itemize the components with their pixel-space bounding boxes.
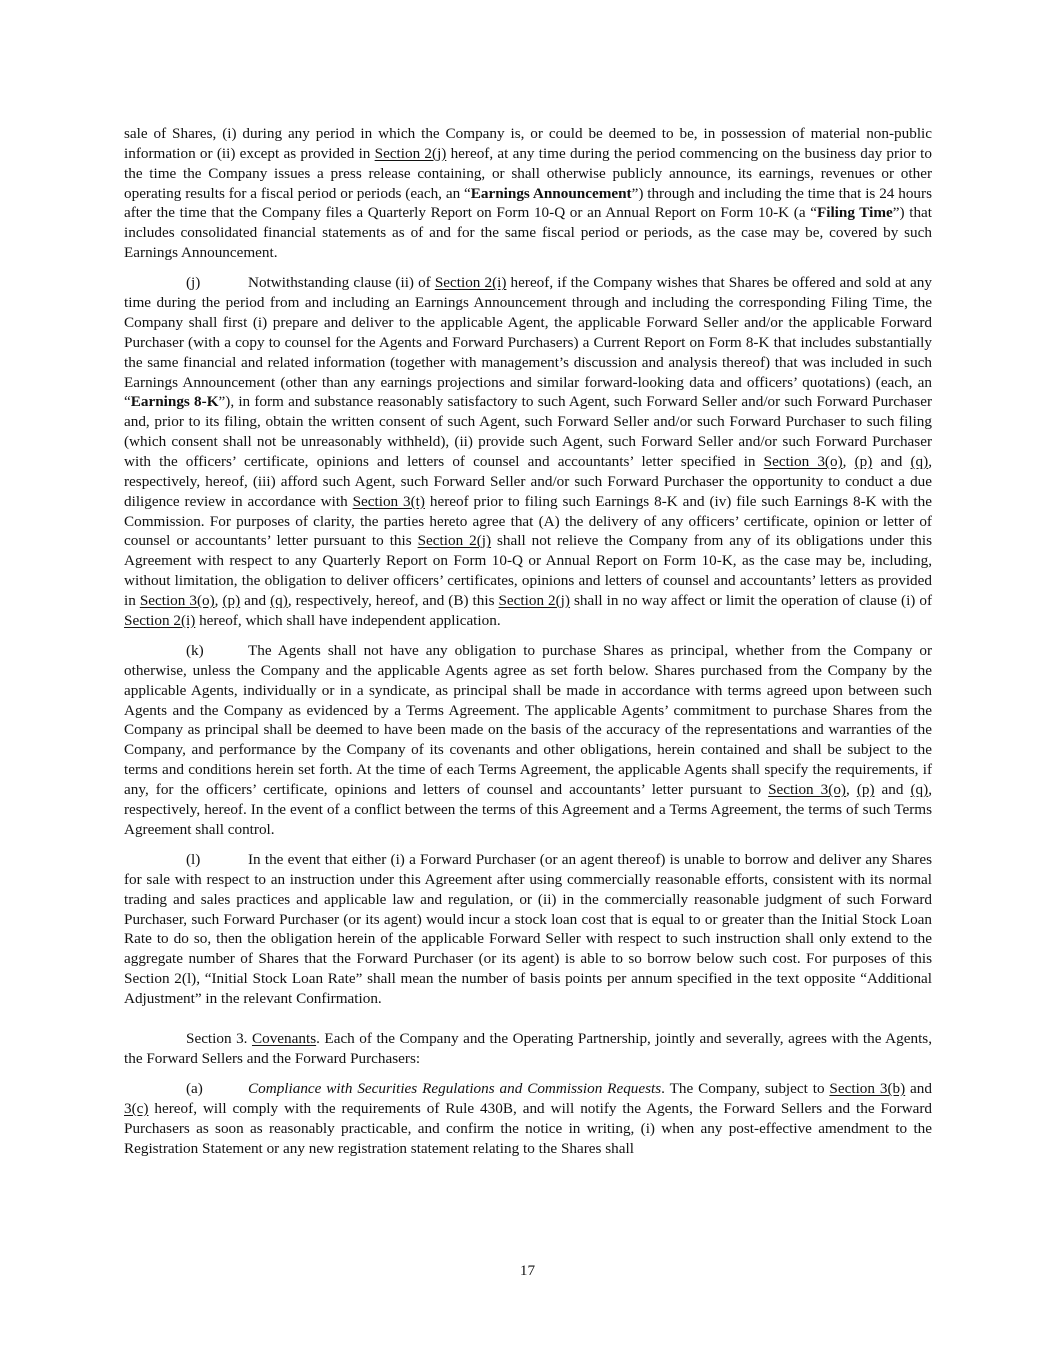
- cross-reference-link[interactable]: Section 2(i): [435, 274, 507, 291]
- cross-reference-link[interactable]: Section 2(j): [375, 145, 447, 162]
- cross-reference-link[interactable]: Section 3(b): [829, 1080, 905, 1097]
- cross-reference-link[interactable]: (q): [911, 453, 929, 470]
- paragraph-cont-2i: sale of Shares, (i) during any period in…: [124, 124, 932, 263]
- section-heading: Covenants: [252, 1030, 316, 1047]
- paragraph-section-3: Section 3. Covenants. Each of the Compan…: [124, 1029, 932, 1069]
- cross-reference-link[interactable]: (p): [222, 592, 240, 609]
- body-text: , respectively, hereof, and (B) this: [288, 592, 499, 609]
- paragraph-label: (j): [186, 273, 248, 293]
- defined-term: Earnings Announcement: [471, 185, 632, 202]
- paragraph-para-l: (l)In the event that either (i) a Forwar…: [124, 850, 932, 1009]
- paragraph-para-3a: (a)Compliance with Securities Regulation…: [124, 1079, 932, 1158]
- defined-term: Filing Time: [817, 204, 893, 221]
- body-text: shall in no way affect or limit the oper…: [570, 592, 932, 609]
- body-text: and: [875, 781, 911, 798]
- body-text: In the event that either (i) a Forward P…: [124, 851, 932, 1007]
- cross-reference-link[interactable]: Section 3(o): [764, 453, 843, 470]
- cross-reference-link[interactable]: Section 3(o): [768, 781, 846, 798]
- page-number: 17: [0, 1262, 1055, 1280]
- subsection-title: Compliance with Securities Regulations a…: [248, 1080, 661, 1097]
- body-text: and: [240, 592, 270, 609]
- body-text: hereof, if the Company wishes that Share…: [124, 274, 932, 410]
- cross-reference-link[interactable]: (p): [855, 453, 873, 470]
- body-text: . The Company, subject to: [661, 1080, 829, 1097]
- body-text: and: [872, 453, 910, 470]
- body-text: Notwithstanding clause (ii) of: [248, 274, 435, 291]
- body-text: hereof, will comply with the requirement…: [124, 1100, 932, 1157]
- body-text: The Agents shall not have any obligation…: [124, 642, 932, 798]
- cross-reference-link[interactable]: (p): [857, 781, 875, 798]
- paragraph-para-k: (k)The Agents shall not have any obligat…: [124, 641, 932, 839]
- cross-reference-link[interactable]: Section 2(j): [498, 592, 569, 609]
- paragraph-label: (l): [186, 850, 248, 870]
- cross-reference-link[interactable]: Section 2(i): [124, 612, 195, 629]
- body-text: Section 3.: [186, 1030, 252, 1047]
- body-text: hereof, which shall have independent app…: [195, 612, 500, 629]
- document-page: sale of Shares, (i) during any period in…: [124, 124, 932, 1169]
- cross-reference-link[interactable]: Section 3(t): [353, 493, 425, 510]
- cross-reference-link[interactable]: 3(c): [124, 1100, 148, 1117]
- cross-reference-link[interactable]: (q): [270, 592, 288, 609]
- cross-reference-link[interactable]: Section 2(j): [418, 532, 491, 549]
- paragraph-label: (a): [186, 1079, 248, 1099]
- body-text: and: [905, 1080, 932, 1097]
- body-text: ,: [843, 453, 855, 470]
- paragraph-label: (k): [186, 641, 248, 661]
- body-text: ,: [846, 781, 857, 798]
- defined-term: Earnings 8-K: [131, 393, 219, 410]
- cross-reference-link[interactable]: (q): [911, 781, 929, 798]
- paragraph-para-j: (j)Notwithstanding clause (ii) of Sectio…: [124, 273, 932, 630]
- cross-reference-link[interactable]: Section 3(o): [140, 592, 215, 609]
